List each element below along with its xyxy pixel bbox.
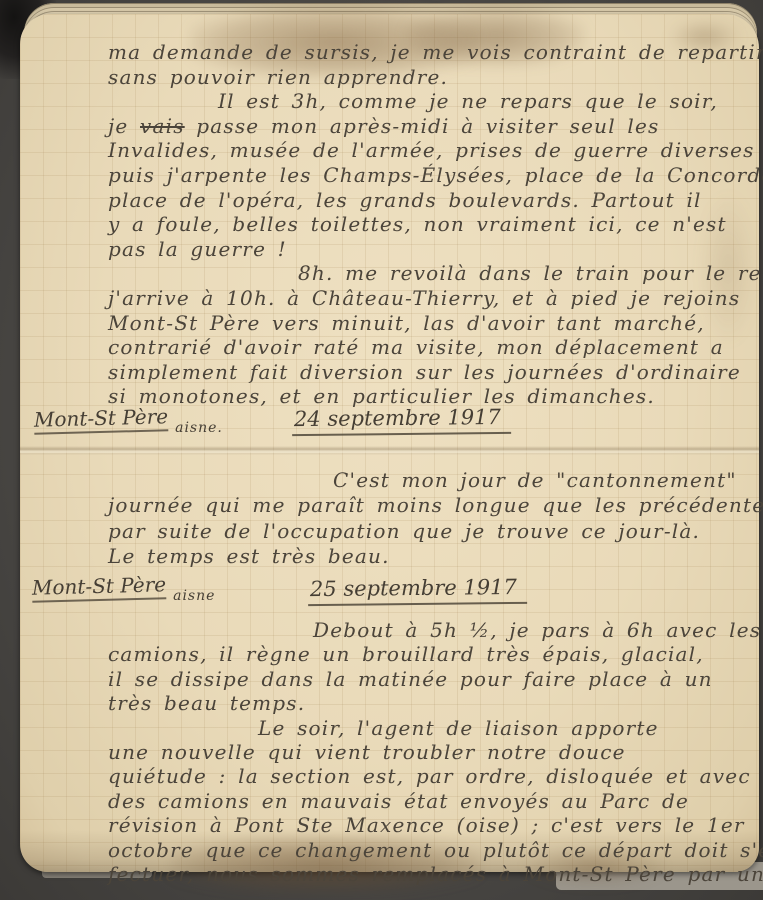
manuscript-line: simplement fait diversion sur les journé… (108, 360, 745, 385)
manuscript-line: Debout à 5h ½, je pars à 6h avec les (108, 618, 745, 642)
manuscript-line: C'est mon jour de "cantonnement" (108, 468, 745, 493)
line-segment: passe mon après-midi à visiter seul les (185, 114, 660, 138)
manuscript-line: journée qui me paraît moins longue que l… (108, 493, 745, 518)
manuscript-line: Le temps est très beau. (108, 544, 745, 569)
strikethrough-word: vais (140, 114, 185, 138)
entry-date: 25 septembre 1917 (308, 575, 527, 606)
notebook-page: ma demande de sursis, je me vois contrai… (20, 14, 759, 872)
manuscript-line: je vais passe mon après-midi à visiter s… (108, 114, 745, 139)
manuscript-text-block: C'est mon jour de "cantonnement" journée… (108, 468, 745, 570)
margin-dept: aisne. (175, 420, 223, 436)
manuscript-line: j'arrive à 10h. à Château-Thierry, et à … (108, 286, 745, 311)
manuscript-line: ma demande de sursis, je me vois contrai… (108, 40, 745, 65)
manuscript-line: pas la guerre ! (108, 237, 745, 262)
manuscript-line: puis j'arpente les Champs-Élysées, place… (108, 163, 745, 188)
manuscript-line: Mont-St Père vers minuit, las d'avoir ta… (108, 311, 745, 336)
margin-note: Mont-St Pèreaisne (32, 574, 215, 601)
manuscript-line: place de l'opéra, les grands boulevards.… (108, 188, 745, 213)
manuscript-line: y a foule, belles toilettes, non vraimen… (108, 212, 745, 237)
manuscript-line: révision à Pont Ste Maxence (oise) ; c'e… (108, 813, 745, 837)
manuscript-line: il se dissipe dans la matinée pour faire… (108, 667, 745, 691)
manuscript-line: quiétude : la section est, par ordre, di… (108, 764, 745, 788)
manuscript-line: une nouvelle qui vient troubler notre do… (108, 740, 745, 764)
manuscript-line: octobre que ce changement ou plutôt ce d… (108, 838, 745, 862)
manuscript-line: 8h. me revoilà dans le train pour le ret… (108, 261, 745, 286)
fold-crease (20, 446, 759, 455)
margin-dept: aisne (173, 588, 215, 604)
margin-place: Mont-St Père (34, 404, 169, 435)
margin-place: Mont-St Père (32, 572, 167, 603)
manuscript-line: contrarié d'avoir raté ma visite, mon dé… (108, 335, 745, 360)
manuscript-text-block: ma demande de sursis, je me vois contrai… (108, 40, 745, 409)
manuscript-text-block: Debout à 5h ½, je pars à 6h avec les cam… (108, 618, 745, 886)
entry-date: 24 septembre 1917 (292, 405, 511, 436)
manuscript-line: très beau temps. (108, 691, 745, 715)
manuscript-line: Invalides, musée de l'armée, prises de g… (108, 138, 745, 163)
line-segment: je (108, 114, 140, 138)
manuscript-line: camions, il règne un brouillard très épa… (108, 642, 745, 666)
photo-background: { "palette": { "paper": "#e9dab9", "grid… (0, 0, 763, 900)
manuscript-line: par suite de l'occupation que je trouve … (108, 519, 745, 544)
manuscript-line: Le soir, l'agent de liaison apporte (108, 716, 745, 740)
manuscript-line: sans pouvoir rien apprendre. (108, 65, 745, 90)
manuscript-line: des camions en mauvais état envoyés au P… (108, 789, 745, 813)
manuscript-line: Il est 3h, comme je ne repars que le soi… (108, 89, 745, 114)
manuscript-line: fectuer, nous sommes remplacés à Mont-St… (108, 862, 745, 886)
margin-note: Mont-St Pèreaisne. (34, 406, 223, 433)
